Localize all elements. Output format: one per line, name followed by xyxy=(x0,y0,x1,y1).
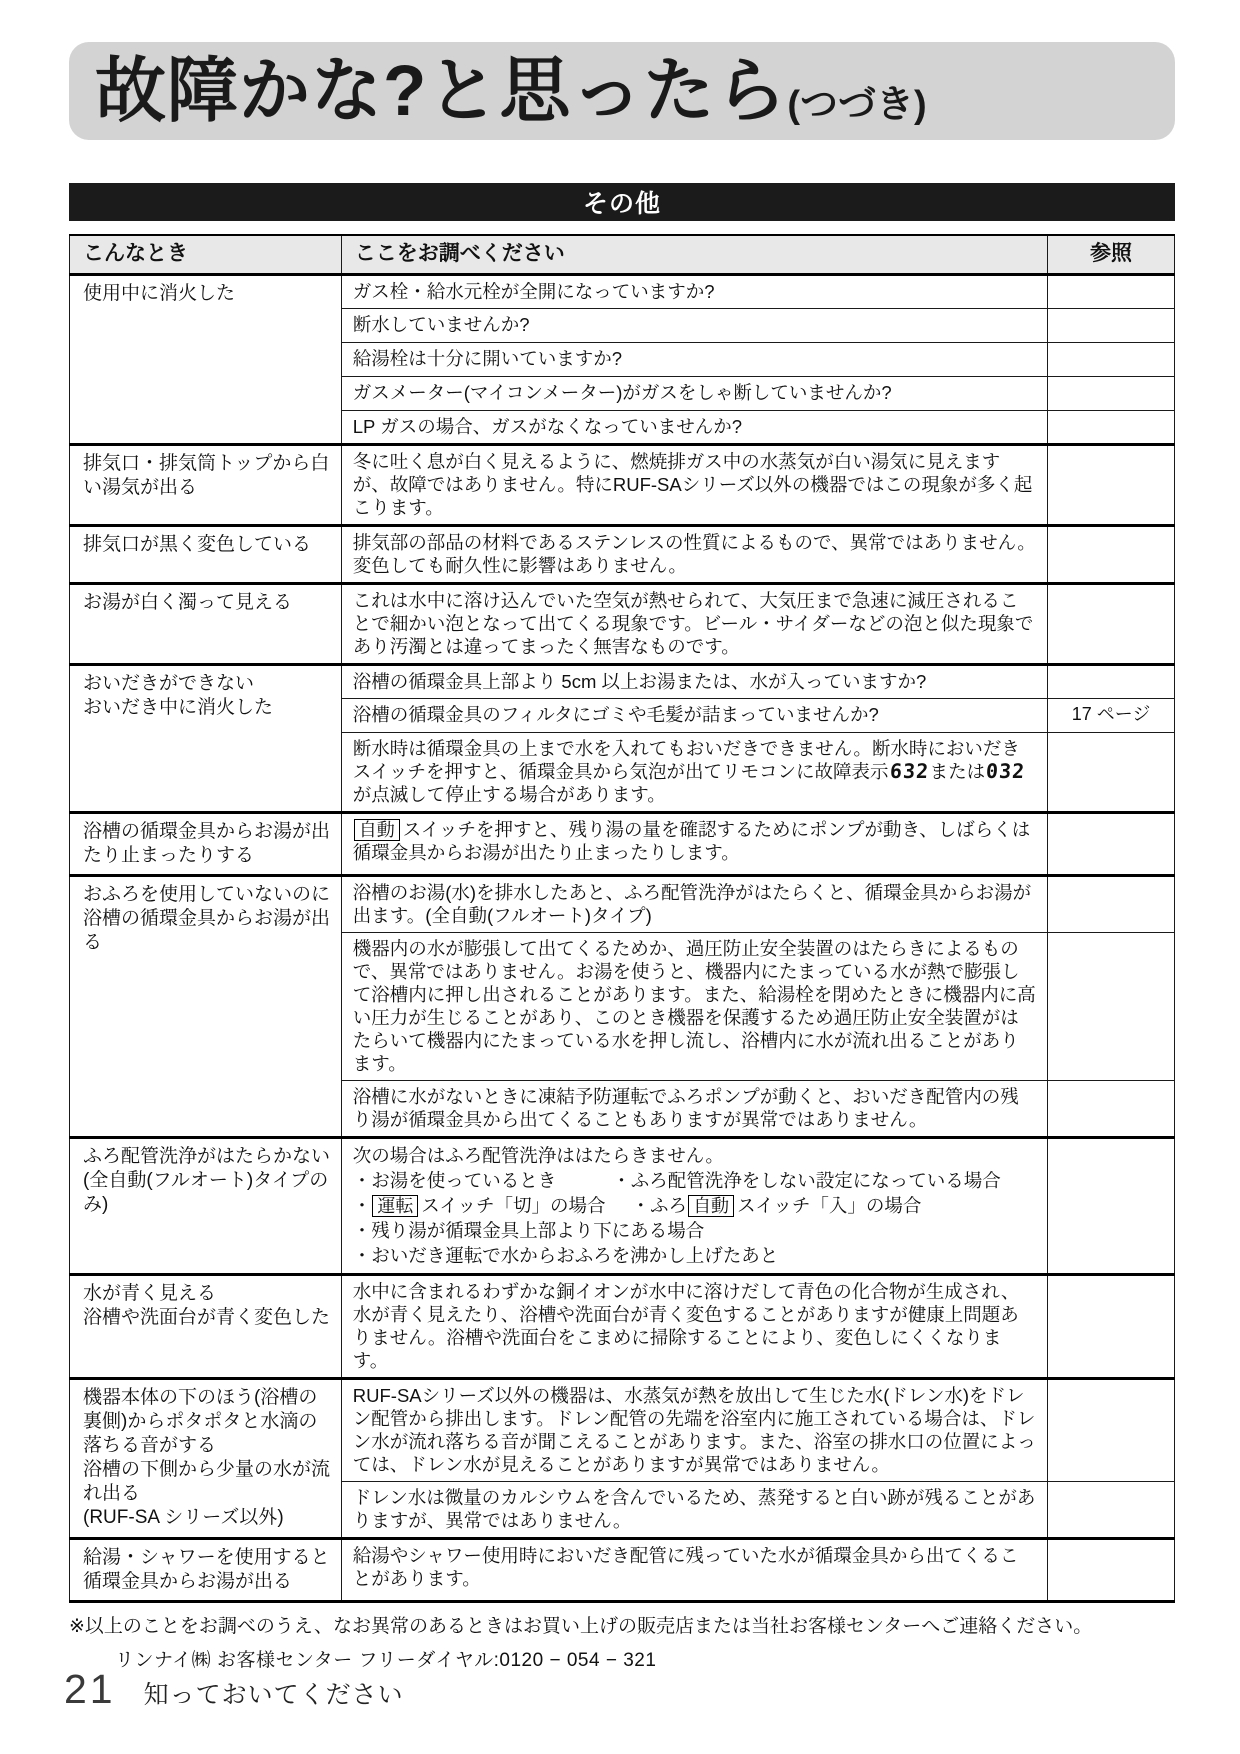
bullet-item: スイッチ「切」の場合 xyxy=(421,1195,605,1216)
section-title: その他 xyxy=(583,184,661,220)
ref-cell xyxy=(1048,876,1175,933)
ref-cell xyxy=(1048,733,1175,813)
check-cell: LP ガスの場合、ガスがなくなっていませんか? xyxy=(341,411,1047,445)
table-row: 水が青く見える 浴槽や洗面台が青く変色した 水中に含まれるわずかな銅イオンが水中… xyxy=(70,1275,1175,1379)
page-number: 21 xyxy=(64,1666,116,1713)
power-key-label: 運転 xyxy=(372,1195,418,1217)
check-cell: ガス栓・給水元栓が全開になっていますか? xyxy=(341,275,1047,309)
bullet-item: ・お湯を使っているとき xyxy=(353,1170,557,1191)
table-row: 給湯・シャワーを使用すると循環金具からお湯が出る 給湯やシャワー使用時においだき… xyxy=(70,1539,1175,1602)
check-cell: ガスメーター(マイコンメーター)がガスをしゃ断していませんか? xyxy=(341,377,1047,411)
symptom-line: 浴槽の下側から少量の水が流れ出る xyxy=(83,1458,332,1506)
troubleshooting-table: こんなとき ここをお調べください 参照 使用中に消火した ガス栓・給水元栓が全開… xyxy=(69,234,1175,1603)
error-code-632: 632 xyxy=(888,760,931,783)
symptom-cell: 使用中に消火した xyxy=(70,275,342,445)
table-row: 使用中に消火した ガス栓・給水元栓が全開になっていますか? xyxy=(70,275,1175,309)
symptom-cell: おふろを使用していないのに浴槽の循環金具からお湯が出る xyxy=(70,876,342,1138)
table-row: 浴槽の循環金具からお湯が出たり止まったりする 自動スイッチを押すと、残り湯の量を… xyxy=(70,813,1175,876)
column-header-symptom: こんなとき xyxy=(70,235,342,275)
table-row: 機器本体の下のほう(浴槽の裏側)からポタポタと水滴の落ちる音がする 浴槽の下側か… xyxy=(70,1379,1175,1482)
column-header-reference: 参照 xyxy=(1048,235,1175,275)
symptom-line: 浴槽や洗面台が青く変色した xyxy=(83,1306,332,1330)
symptom-cell: 排気口・排気筒トップから白い湯気が出る xyxy=(70,445,342,526)
check-cell: 給湯やシャワー使用時においだき配管に残っていた水が循環金具から出てくることがあり… xyxy=(341,1539,1047,1602)
bullet-line: ・お湯を使っているとき・ふろ配管洗浄をしない設定になっている場合 xyxy=(353,1168,1036,1193)
check-cell: 排気部の部品の材料であるステンレスの性質によるもので、異常ではありません。変色し… xyxy=(341,526,1047,584)
bullet-item: スイッチ「入」の場合 xyxy=(737,1195,921,1216)
check-cell: 自動スイッチを押すと、残り湯の量を確認するためにポンプが動き、しばらくは循環金具… xyxy=(341,813,1047,876)
check-text: 次の場合はふろ配管洗浄ははたらきません。 xyxy=(353,1143,1036,1168)
symptom-line: おいだきができない xyxy=(83,672,332,696)
check-cell: ドレン水は微量のカルシウムを含んでいるため、蒸発すると白い跡が残ることがあります… xyxy=(341,1482,1047,1539)
auto-key-label: 自動 xyxy=(688,1195,734,1217)
symptom-cell: 機器本体の下のほう(浴槽の裏側)からポタポタと水滴の落ちる音がする 浴槽の下側か… xyxy=(70,1379,342,1539)
check-cell: 機器内の水が膨張して出てくるためか、過圧防止安全装置のはたらきによるもので、異常… xyxy=(341,933,1047,1081)
bullet-item: ・ふろ配管洗浄をしない設定になっている場合 xyxy=(612,1170,1001,1191)
page-title: 故障かな?と思ったら xyxy=(95,56,787,127)
ref-cell xyxy=(1048,377,1175,411)
page-footer: 21 知っておいてください xyxy=(64,1666,404,1713)
table-row: おふろを使用していないのに浴槽の循環金具からお湯が出る 浴槽のお湯(水)を排水し… xyxy=(70,876,1175,933)
bullet-line: ・運転スイッチ「切」の場合・ふろ自動スイッチ「入」の場合 xyxy=(353,1193,1036,1218)
ref-cell xyxy=(1048,1138,1175,1275)
check-cell: 次の場合はふろ配管洗浄ははたらきません。 ・お湯を使っているとき・ふろ配管洗浄を… xyxy=(341,1138,1047,1275)
page-title-suffix: (つづき) xyxy=(787,73,926,128)
symptom-line: おいだき中に消火した xyxy=(83,696,332,720)
check-cell: 断水時は循環金具の上まで水を入れてもおいだきできません。断水時においだきスイッチ… xyxy=(341,733,1047,813)
bullet-line: ・おいだき運転で水からおふろを沸かし上げたあと xyxy=(353,1243,1036,1268)
ref-cell xyxy=(1048,275,1175,309)
page-content: 故障かな?と思ったら (つづき) その他 こんなとき ここをお調べください 参照… xyxy=(69,0,1175,1672)
check-cell: 冬に吐く息が白く見えるように、燃焼排ガス中の水蒸気が白い湯気に見えますが、故障で… xyxy=(341,445,1047,526)
symptom-cell: 浴槽の循環金具からお湯が出たり止まったりする xyxy=(70,813,342,876)
section-header-bar: その他 xyxy=(69,183,1175,221)
ref-cell xyxy=(1048,343,1175,377)
symptom-cell: おいだきができない おいだき中に消火した xyxy=(70,665,342,813)
symptom-cell: ふろ配管洗浄がはたらかない(全自動(フルオート)タイプのみ) xyxy=(70,1138,342,1275)
symptom-line: 水が青く見える xyxy=(83,1282,332,1306)
ref-cell xyxy=(1048,526,1175,584)
ref-cell xyxy=(1048,411,1175,445)
symptom-cell: 水が青く見える 浴槽や洗面台が青く変色した xyxy=(70,1275,342,1379)
bullet-line: ・残り湯が循環金具上部より下にある場合 xyxy=(353,1218,1036,1243)
symptom-cell: 給湯・シャワーを使用すると循環金具からお湯が出る xyxy=(70,1539,342,1602)
table-row: 排気口が黒く変色している 排気部の部品の材料であるステンレスの性質によるもので、… xyxy=(70,526,1175,584)
ref-cell xyxy=(1048,1275,1175,1379)
ref-cell: 17 ページ xyxy=(1048,699,1175,733)
footnote-text: ※以上のことをお調べのうえ、なお異常のあるときはお買い上げの販売店または当社お客… xyxy=(69,1614,1175,1640)
check-cell: これは水中に溶け込んでいた空気が熱せられて、大気圧まで急速に減圧されることで細か… xyxy=(341,584,1047,665)
check-cell: 浴槽の循環金具上部より 5cm 以上お湯または、水が入っていますか? xyxy=(341,665,1047,699)
check-cell: 水中に含まれるわずかな銅イオンが水中に溶けだして青色の化合物が生成され、水が青く… xyxy=(341,1275,1047,1379)
ref-cell xyxy=(1048,584,1175,665)
title-banner: 故障かな?と思ったら (つづき) xyxy=(69,42,1175,140)
table-row: お湯が白く濁って見える これは水中に溶け込んでいた空気が熱せられて、大気圧まで急… xyxy=(70,584,1175,665)
symptom-cell: お湯が白く濁って見える xyxy=(70,584,342,665)
check-cell: 浴槽のお湯(水)を排水したあと、ふろ配管洗浄がはたらくと、循環金具からお湯が出ま… xyxy=(341,876,1047,933)
check-cell: RUF-SAシリーズ以外の機器は、水蒸気が熱を放出して生じた水(ドレン水)をドレ… xyxy=(341,1379,1047,1482)
table-row: 排気口・排気筒トップから白い湯気が出る 冬に吐く息が白く見えるように、燃焼排ガス… xyxy=(70,445,1175,526)
check-cell: 浴槽の循環金具のフィルタにゴミや毛髪が詰まっていませんか? xyxy=(341,699,1047,733)
check-text: または xyxy=(930,761,986,782)
ref-cell xyxy=(1048,1482,1175,1539)
ref-cell xyxy=(1048,933,1175,1081)
bullet-item: ・ xyxy=(353,1195,372,1216)
ref-cell xyxy=(1048,1539,1175,1602)
auto-key-label: 自動 xyxy=(354,819,400,841)
column-header-check: ここをお調べください xyxy=(341,235,1047,275)
ref-cell xyxy=(1048,445,1175,526)
page-footer-label: 知っておいてください xyxy=(144,1675,404,1711)
check-cell: 給湯栓は十分に開いていますか? xyxy=(341,343,1047,377)
ref-cell xyxy=(1048,309,1175,343)
check-text: が点滅して停止する場合があります。 xyxy=(353,784,666,805)
symptom-line: 機器本体の下のほう(浴槽の裏側)からポタポタと水滴の落ちる音がする xyxy=(83,1386,332,1458)
check-cell: 浴槽に水がないときに凍結予防運転でふろポンプが動くと、おいだき配管内の残り湯が循… xyxy=(341,1081,1047,1138)
error-code-032: 032 xyxy=(984,760,1027,783)
table-row: ふろ配管洗浄がはたらかない(全自動(フルオート)タイプのみ) 次の場合はふろ配管… xyxy=(70,1138,1175,1275)
symptom-line: (RUF-SA シリーズ以外) xyxy=(83,1506,332,1530)
ref-cell xyxy=(1048,1081,1175,1138)
ref-cell xyxy=(1048,1379,1175,1482)
bullet-item: ・ふろ xyxy=(632,1195,688,1216)
check-cell: 断水していませんか? xyxy=(341,309,1047,343)
ref-cell xyxy=(1048,813,1175,876)
table-row: おいだきができない おいだき中に消火した 浴槽の循環金具上部より 5cm 以上お… xyxy=(70,665,1175,699)
ref-cell xyxy=(1048,665,1175,699)
table-header-row: こんなとき ここをお調べください 参照 xyxy=(70,235,1175,275)
symptom-cell: 排気口が黒く変色している xyxy=(70,526,342,584)
check-text: スイッチを押すと、残り湯の量を確認するためにポンプが動き、しばらくは循環金具から… xyxy=(353,819,1031,863)
